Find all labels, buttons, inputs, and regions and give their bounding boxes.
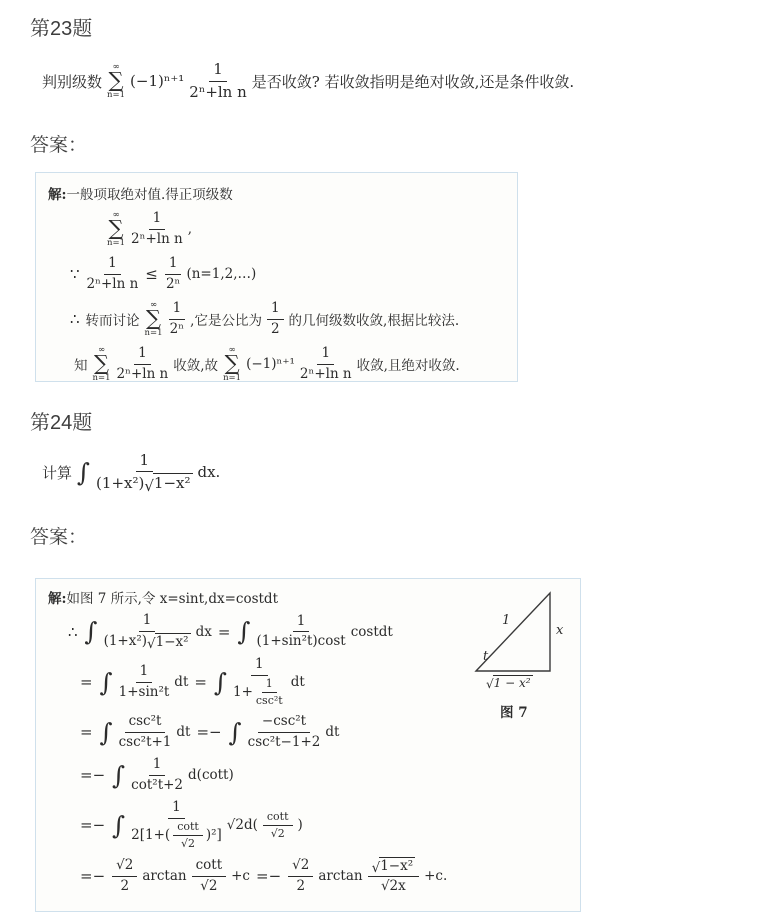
solution-text: 如图 7 所示,令 x=sint,dx=costdt <box>66 587 278 607</box>
q24-question-tail: dx. <box>198 463 221 481</box>
sum-symbol: ∞ ∑ n=1 <box>93 346 111 382</box>
solution-line: =− ∫ 1 cot²t+2 d(cott) <box>76 756 568 794</box>
sigma-glyph: ∑ <box>109 71 124 91</box>
q23-answer-label: 答案： <box>30 130 87 157</box>
sum-symbol: ∞ ∑ n=1 <box>107 63 125 100</box>
denominator: 2ⁿ+ln n <box>189 82 247 103</box>
denominator: csc²t+1 <box>119 733 172 752</box>
denominator: √2 <box>271 826 285 841</box>
differential: d(cott) <box>188 767 234 783</box>
radicand: 1 − x² <box>493 675 533 690</box>
numerator: 1 <box>251 656 268 676</box>
solution-line: ∴ 转而讨论 ∞ ∑ n=1 1 2ⁿ ,它是公比为 1 2 的几何级数收敛,根… <box>66 300 505 338</box>
solve-label: 解: <box>48 587 66 607</box>
numerator: 1 <box>293 613 310 633</box>
solution-line: =− ∫ 1 2[1+( cott √2 )²] √2d( cott √2 ) <box>76 799 568 851</box>
integral-symbol: ∫ <box>229 720 242 745</box>
fraction: 1 2ⁿ+ln n <box>131 210 183 248</box>
equals-minus-symbol: =− <box>80 867 105 885</box>
sum-lower-limit: n=1 <box>145 329 163 338</box>
fraction: √ 1−x² √2x <box>368 857 420 896</box>
fraction: 1 2ⁿ <box>169 300 186 338</box>
solve-label: 解: <box>48 183 66 203</box>
denominator: (1+x²) √ 1−x² <box>104 632 191 652</box>
denominator: 2ⁿ+ln n <box>87 275 139 294</box>
fraction: 1 (1+x²) √ 1−x² <box>96 451 192 494</box>
q23-question-lead: 判别级数 <box>42 71 102 92</box>
differential: √2d( <box>227 817 258 833</box>
solution-text: 一般项取绝对值.得正项级数 <box>66 183 232 203</box>
numerator: 1 <box>134 345 151 365</box>
numerator: 1 <box>136 663 153 683</box>
denominator-factor: (1+x²) <box>96 474 144 494</box>
fraction: √2 2 <box>288 857 313 895</box>
denominator: 1+sin²t <box>119 683 170 702</box>
integral-symbol: ∫ <box>85 619 98 644</box>
fraction: 1 2ⁿ+ln n <box>87 255 139 293</box>
nested-fraction: cott √2 <box>263 810 293 842</box>
fraction: 1 cot²t+2 <box>131 756 183 794</box>
numerator: 1 <box>209 60 227 82</box>
numerator: 1 <box>149 210 166 230</box>
denominator: 2 <box>296 877 305 896</box>
denominator-term: )²] <box>206 827 222 845</box>
integral-symbol: ∫ <box>214 670 227 695</box>
numerator: csc²t <box>125 713 166 733</box>
fraction: 1 (1+sin²t)cost <box>256 613 345 651</box>
solution-text: ,它是公比为 <box>190 309 262 329</box>
solution-text: 的几何级数收敛,根据比较法. <box>289 309 460 329</box>
solution-line: =− √2 2 arctan cott √2 +c =− √2 2 arctan… <box>76 857 568 896</box>
punctuation: , <box>188 221 192 237</box>
solution-text: 知 <box>74 354 88 374</box>
q23-question-tail: 是否收敛? 若收敛指明是绝对收敛,还是条件收敛. <box>252 71 574 92</box>
numerator: 1 <box>267 300 284 320</box>
numerator: √ 1−x² <box>368 857 420 878</box>
nested-fraction: 1 csc²t <box>256 677 283 709</box>
denominator: 2 <box>120 877 129 896</box>
fraction: −csc²t csc²t−1+2 <box>248 713 321 751</box>
numerator: √2 <box>112 857 137 877</box>
equals-symbol: = <box>80 723 93 741</box>
solution-text: 收敛,且绝对收敛. <box>357 354 460 374</box>
radicand: 1−x² <box>155 633 191 652</box>
figure-caption: 图 7 <box>500 701 528 721</box>
differential: costdt <box>351 624 393 640</box>
radicand: 1−x² <box>153 473 193 494</box>
fraction: cott √2 <box>192 857 227 895</box>
differential: dt <box>176 724 190 740</box>
base-side-label: √ 1 − x² <box>486 675 533 690</box>
numerator: 1 <box>139 612 156 632</box>
angle-label: t <box>483 649 488 664</box>
vertical-side-label: x <box>556 623 563 638</box>
numerator: cott <box>263 810 293 826</box>
numerator: 1 <box>168 799 185 819</box>
denominator: cot²t+2 <box>131 776 183 795</box>
equals-minus-symbol: =− <box>256 867 281 885</box>
solution-line: 解: 一般项取绝对值.得正项级数 <box>48 183 505 203</box>
q24-heading: 第24题 <box>30 406 92 435</box>
integral-symbol: ∫ <box>100 720 113 745</box>
fraction: 1 1+ 1 csc²t <box>233 656 286 708</box>
denominator-term: 1+ <box>233 684 253 702</box>
numerator: 1 <box>136 451 154 473</box>
sigma-glyph: ∑ <box>109 219 124 239</box>
equals-minus-symbol: =− <box>196 723 221 741</box>
fraction: 1 (1+x²) √ 1−x² <box>104 612 191 651</box>
denominator: (1+x²) √ 1−x² <box>96 472 192 494</box>
denominator: (1+sin²t)cost <box>256 632 345 651</box>
solution-text: 转而讨论 <box>86 309 140 329</box>
equals-symbol: = <box>218 623 231 641</box>
figure-7: 1 x t √ 1 − x² 图 7 <box>468 585 580 735</box>
q24-question-lead: 计算 <box>42 462 72 483</box>
q24-question: 计算 ∫ 1 (1+x²) √ 1−x² dx. <box>40 446 222 498</box>
numerator: 1 <box>262 677 277 693</box>
denominator: √2x <box>381 877 406 896</box>
denominator: 2[1+( cott √2 )²] <box>131 819 222 852</box>
denominator: 2ⁿ+ln n <box>117 365 169 382</box>
fraction: 1 2[1+( cott √2 )²] <box>131 799 222 851</box>
solution-text: 收敛,故 <box>173 354 218 374</box>
solution-line: ∞ ∑ n=1 1 2ⁿ+ln n , <box>104 210 505 248</box>
numerator: 1 <box>149 756 166 776</box>
function-name: arctan <box>142 868 186 884</box>
differential: dx <box>196 624 212 640</box>
numerator: 1 <box>169 300 186 320</box>
differential: dt <box>291 674 305 690</box>
sqrt-expression: √ 1−x² <box>372 857 416 876</box>
denominator-factor: (1+x²) <box>104 633 147 651</box>
numerator: √2 <box>288 857 313 877</box>
q24-solution-box: 解: 如图 7 所示,令 x=sint,dx=costdt ∴ ∫ 1 (1+x… <box>35 578 581 912</box>
fraction: 1 2ⁿ+ln n <box>117 345 169 382</box>
condition-text: (n=1,2,…) <box>186 266 256 282</box>
sum-symbol: ∞ ∑ n=1 <box>107 211 125 248</box>
q23-heading: 第23题 <box>30 12 92 41</box>
denominator: 2 <box>271 320 280 339</box>
fraction: 1 2ⁿ+ln n <box>189 60 247 102</box>
numerator: 1 <box>317 345 334 365</box>
sum-symbol: ∞ ∑ n=1 <box>223 346 241 382</box>
integral-symbol: ∫ <box>100 670 113 695</box>
sum-symbol: ∞ ∑ n=1 <box>145 301 163 338</box>
series-coefficient: (−1)ⁿ⁺¹ <box>246 356 295 372</box>
sqrt-expression: √ 1−x² <box>144 473 192 494</box>
fraction: 1 1+sin²t <box>119 663 170 701</box>
therefore-symbol: ∴ <box>68 623 78 641</box>
fraction: 1 2ⁿ+ln n <box>300 345 352 382</box>
constant-term: +c <box>231 868 250 884</box>
solution-line: 知 ∞ ∑ n=1 1 2ⁿ+ln n 收敛,故 ∞ ∑ n=1 (−1)ⁿ⁺¹… <box>72 345 505 382</box>
sigma-glyph: ∑ <box>146 309 161 329</box>
sum-lower-limit: n=1 <box>107 239 125 248</box>
therefore-symbol: ∴ <box>70 310 80 328</box>
numerator: −csc²t <box>258 713 310 733</box>
equals-minus-symbol: =− <box>80 816 105 834</box>
q23-question: 判别级数 ∞ ∑ n=1 (−1)ⁿ⁺¹ 1 2ⁿ+ln n 是否收敛? 若收敛… <box>40 56 576 106</box>
equals-minus-symbol: =− <box>80 766 105 784</box>
because-symbol: ∵ <box>70 265 80 283</box>
sigma-glyph: ∑ <box>94 354 109 374</box>
numerator: 1 <box>165 255 182 275</box>
denominator: 1+ 1 csc²t <box>233 676 286 709</box>
fraction: √2 2 <box>112 857 137 895</box>
differential: dt <box>174 674 188 690</box>
less-equal-symbol: ≤ <box>145 265 158 283</box>
integral-symbol: ∫ <box>112 813 125 838</box>
solution-line: ∵ 1 2ⁿ+ln n ≤ 1 2ⁿ (n=1,2,…) <box>66 255 505 293</box>
function-name: arctan <box>318 868 362 884</box>
denominator: √2 <box>200 877 217 896</box>
denominator: √2 <box>181 836 195 851</box>
sqrt-expression: √ 1−x² <box>147 633 191 652</box>
differential: dt <box>325 724 339 740</box>
denominator: 2ⁿ+ln n <box>131 230 183 249</box>
close-paren: ) <box>298 817 303 833</box>
q23-solution-box: 解: 一般项取绝对值.得正项级数 ∞ ∑ n=1 1 2ⁿ+ln n , ∵ 1… <box>35 172 518 382</box>
nested-fraction: cott √2 <box>173 820 203 852</box>
sum-lower-limit: n=1 <box>107 91 125 100</box>
denominator-term: 2[1+( <box>131 827 170 845</box>
sigma-glyph: ∑ <box>225 354 240 374</box>
sum-lower-limit: n=1 <box>223 374 241 382</box>
fraction: 1 2 <box>267 300 284 338</box>
radicand: 1−x² <box>379 857 415 876</box>
q24-answer-label: 答案： <box>30 522 87 549</box>
denominator: csc²t−1+2 <box>248 733 321 752</box>
equals-symbol: = <box>80 673 93 691</box>
denominator: 2ⁿ <box>170 320 184 339</box>
integral-symbol: ∫ <box>112 763 125 788</box>
denominator: csc²t <box>256 693 283 708</box>
denominator: 2ⁿ <box>166 275 180 294</box>
series-coefficient: (−1)ⁿ⁺¹ <box>130 72 184 90</box>
numerator: cott <box>173 820 203 836</box>
hypotenuse-label: 1 <box>502 613 510 628</box>
integral-symbol: ∫ <box>77 460 90 485</box>
constant-term: +c. <box>424 868 447 884</box>
fraction: 1 2ⁿ <box>165 255 182 293</box>
numerator: 1 <box>104 255 121 275</box>
equals-symbol: = <box>194 673 207 691</box>
numerator: cott <box>192 857 227 877</box>
fraction: csc²t csc²t+1 <box>119 713 172 751</box>
sum-lower-limit: n=1 <box>93 374 111 382</box>
integral-symbol: ∫ <box>237 619 250 644</box>
denominator: 2ⁿ+ln n <box>300 365 352 382</box>
